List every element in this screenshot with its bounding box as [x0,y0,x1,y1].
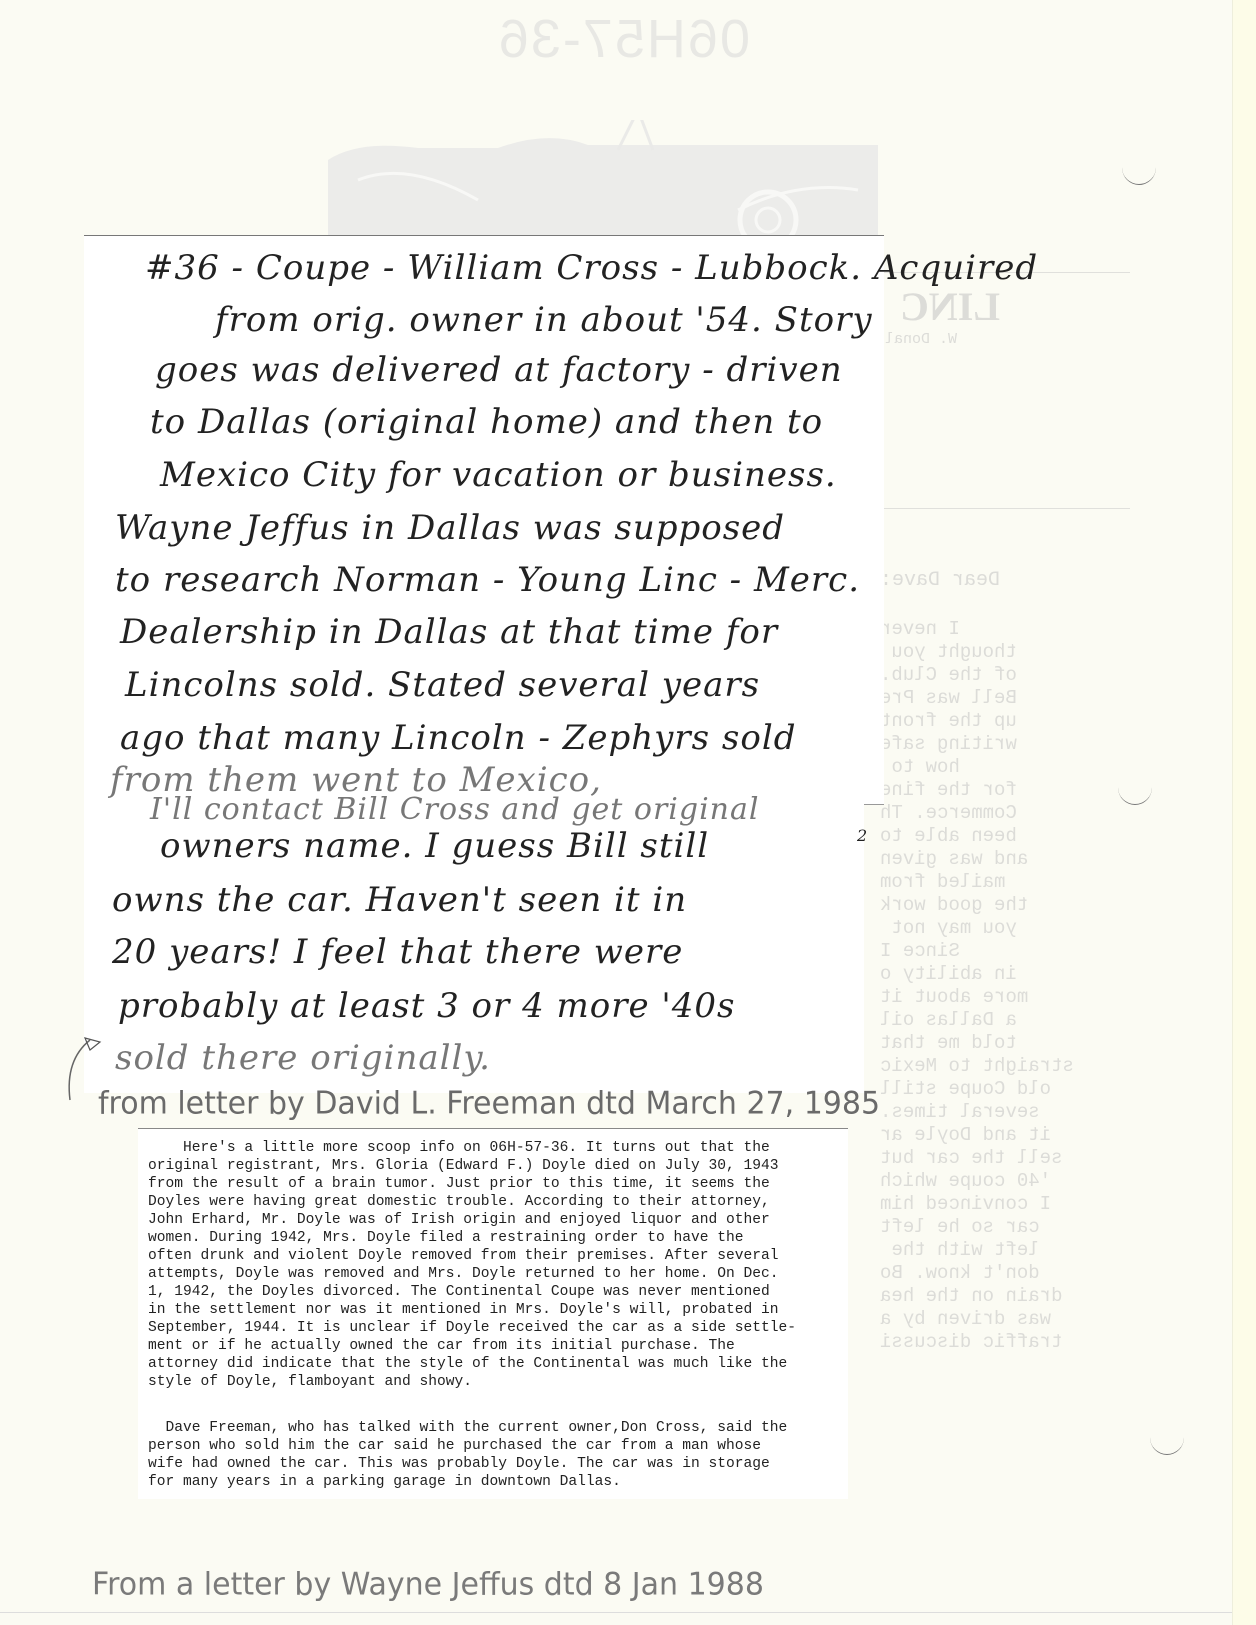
note-line: goes was delivered at factory - driven [155,350,843,390]
typed-excerpt: Here's a little more scoop info on 06H-5… [138,1128,848,1499]
ghost-letter-line: left with the [880,1239,1080,1262]
note-line: owners name. I guess Bill still [160,826,709,866]
ghost-letter-line: a Dallas oil [880,1009,1080,1032]
note-line: sold there originally. [115,1038,491,1078]
ghost-letter-line: I convinced him [880,1193,1080,1216]
ghost-letter-line: thought you [880,641,1080,664]
note-line: probably at least 3 or 4 more '40s [118,986,735,1026]
ghost-letter-line: the good work [880,894,1080,917]
note-line: to Dallas (original home) and then to [150,402,823,442]
ghost-letter-line: car so he left [880,1216,1080,1239]
ghost-letter-line: for the fine [880,779,1080,802]
ghost-letter-line: don't know. Bo [880,1262,1080,1285]
note-line: owns the car. Haven't seen it in [112,880,687,920]
ghost-letter-salutation: Dear Dave: [880,569,1080,592]
ghost-letter-line: and was given [880,848,1080,871]
ghost-letter-line: Since I [880,940,1080,963]
ghost-letter-header: LINC [900,283,1000,330]
note-line: 20 years! I feel that there were [112,932,683,972]
ghost-letter-line: '40 coupe which [880,1170,1080,1193]
punch-hole [1122,150,1156,185]
ghost-letter-line: you may not [880,917,1080,940]
bleed-through-letter: LINC W. Donal Dear Dave: I neverthought … [880,268,1120,1608]
ghost-letter-line: how to [880,756,1080,779]
ghost-letter-line: traffic discussi [880,1331,1080,1354]
ghost-letter-line: mailed from [880,871,1080,894]
ghost-letter-line: was driven by a [880,1308,1080,1331]
bleed-through-car-illustration [318,120,883,238]
note-line: from orig. owner in about '54. Story [215,300,873,340]
punch-hole [1150,1420,1184,1455]
ghost-letter-line: several times. [880,1101,1080,1124]
ghost-letter-line: told me that [880,1032,1080,1055]
ghost-letter-line: drain on the hea [880,1285,1080,1308]
note-line: ago that many Lincoln - Zephyrs sold [120,718,796,758]
ghost-letter-line: been able to [880,825,1080,848]
page-bottom-rule [0,1612,1232,1613]
note-line: #36 - Coupe - William Cross - Lubbock. A… [145,248,1038,288]
ghost-letter-line: old Coupe still [880,1078,1080,1101]
typed-paragraph-2: Dave Freeman, who has talked with the cu… [148,1419,787,1491]
ghost-letter-line: it and Doyle ar [880,1124,1080,1147]
ghost-letter-line: in ability o [880,963,1080,986]
ghost-letter-line: of the Club. [880,664,1080,687]
ghost-letter-line: sell the car but [880,1147,1080,1170]
ghost-letter-line: straight to Mexic [880,1055,1080,1078]
page-edge [1232,0,1256,1625]
ghost-letter-line: writing safe [880,733,1080,756]
page-number-mark: 2 [857,826,868,845]
source-caption-jeffus: From a letter by Wayne Jeffus dtd 8 Jan … [92,1566,764,1603]
ghost-letter-line: more about it [880,986,1080,1009]
typed-paragraph-1: Here's a little more scoop info on 06H-5… [148,1139,796,1391]
ghost-letter-line: Commerce. Th [880,802,1080,825]
note-line: to research Norman - Young Linc - Merc. [115,560,860,600]
note-line: I'll contact Bill Cross and get original [150,792,760,827]
source-caption-freeman: from letter by David L. Freeman dtd Marc… [98,1085,880,1122]
note-line: Dealership in Dallas at that time for [120,612,778,652]
note-line: Mexico City for vacation or business. [160,455,837,495]
bleed-through-vehicle-id: 06H57-36 [490,8,750,68]
ghost-letter-sub: W. Donal [885,331,957,348]
punch-hole [1118,770,1152,805]
ghost-letter-line: Bell was Pre [880,687,1080,710]
ghost-letter-line: up the front [880,710,1080,733]
note-line: Wayne Jeffus in Dallas was supposed [115,508,785,548]
note-line: Lincolns sold. Stated several years [125,665,760,705]
ghost-letter-line: I never [880,618,1080,641]
